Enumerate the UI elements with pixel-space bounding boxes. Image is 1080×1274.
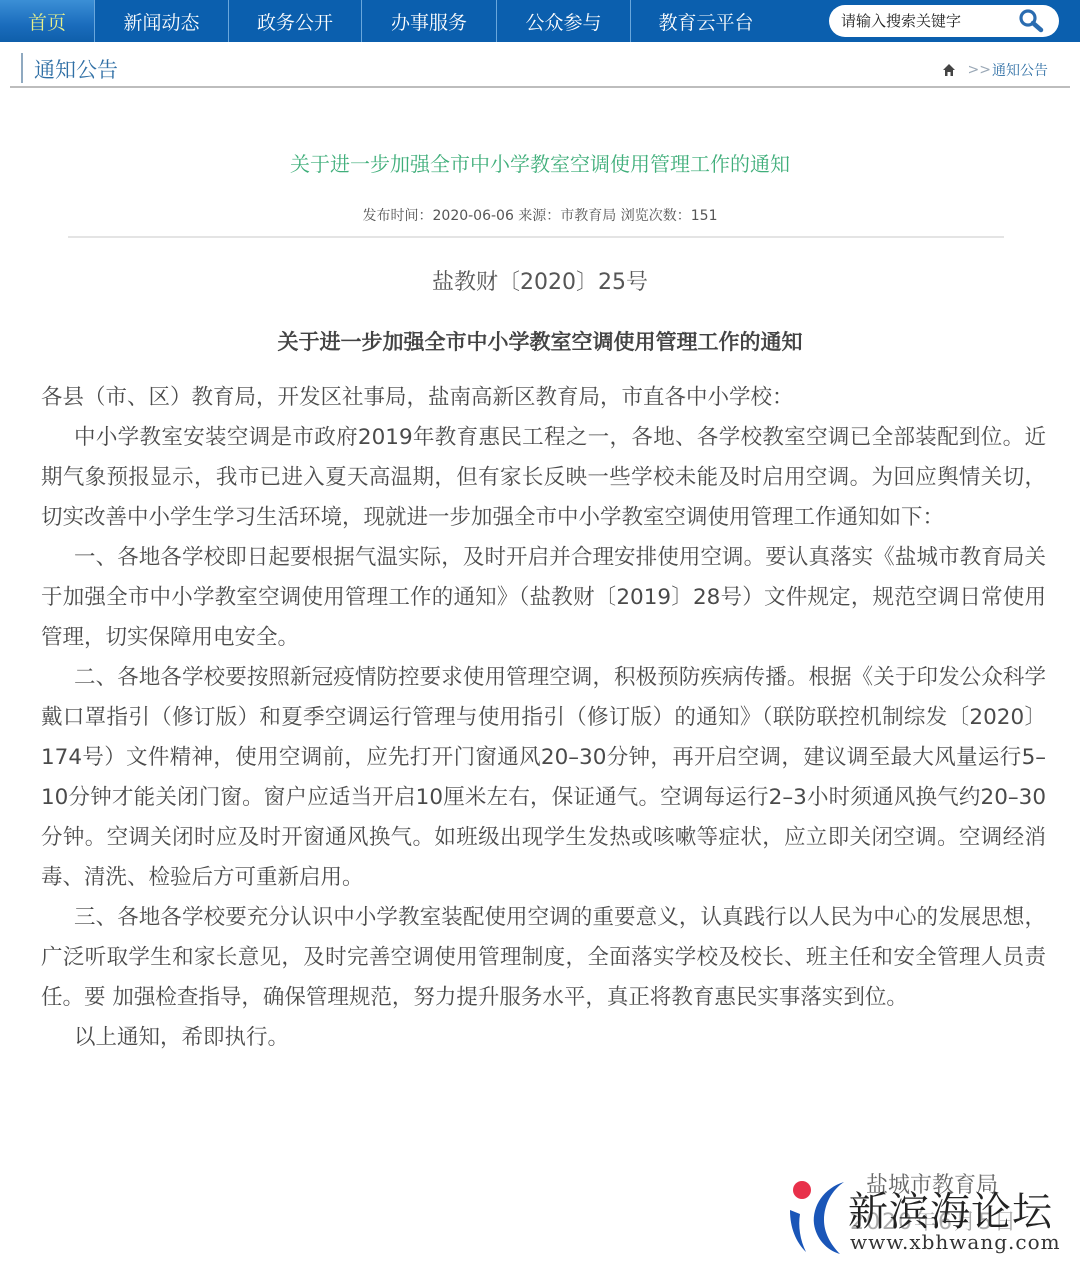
nav-item-government-affairs[interactable]: 政务公开	[229, 0, 362, 42]
nav-item-label: 教育云平台	[658, 8, 753, 35]
search-box	[829, 5, 1059, 37]
article-body: 各县（市、区）教育局，开发区社事局，盐南高新区教育局，市直各中小学校： 中小学教…	[41, 378, 1046, 1058]
home-icon[interactable]	[942, 63, 956, 77]
nav-item-label: 公众参与	[525, 8, 601, 35]
nav-item-label: 办事服务	[391, 8, 467, 35]
paragraph: 二、各地各学校要按照新冠疫情防控要求使用管理空调，积极预防疾病传播。根据《关于印…	[41, 658, 1046, 898]
forum-logo-icon	[786, 1176, 846, 1256]
breadcrumb: >> 通知公告	[942, 60, 1048, 80]
search-icon	[1017, 8, 1047, 34]
document-title: 关于进一步加强全市中小学教室空调使用管理工作的通知	[0, 326, 1080, 356]
document-number: 盐教财〔2020〕25号	[0, 265, 1080, 296]
article-title: 关于进一步加强全市中小学教室空调使用管理工作的通知	[0, 148, 1080, 177]
section-accent-bar	[21, 53, 23, 83]
search-button[interactable]	[1017, 8, 1047, 34]
breadcrumb-current[interactable]: 通知公告	[992, 60, 1048, 80]
watermark-url: www.xbhwang.com	[850, 1230, 1061, 1254]
nav-item-label: 新闻动态	[123, 8, 199, 35]
section-title: 通知公告	[34, 54, 118, 84]
nav-item-label: 首页	[28, 8, 66, 35]
watermark: 新滨海论坛 www.xbhwang.com	[780, 1170, 1080, 1274]
salutation: 各县（市、区）教育局，开发区社事局，盐南高新区教育局，市直各中小学校：	[41, 378, 1046, 418]
article-meta: 发布时间：2020-06-06 来源：市教育局 浏览次数：151	[0, 205, 1080, 225]
divider	[68, 236, 1004, 238]
paragraph: 一、各地各学校即日起要根据气温实际，及时开启并合理安排使用空调。要认真落实《盐城…	[41, 538, 1046, 658]
watermark-name: 新滨海论坛	[848, 1180, 1053, 1237]
breadcrumb-separator: >>	[968, 62, 991, 78]
nav-item-public-participation[interactable]: 公众参与	[497, 0, 631, 42]
search-input[interactable]	[841, 12, 1016, 30]
paragraph: 中小学教室安装空调是市政府2019年教育惠民工程之一，各地、各学校教室空调已全部…	[41, 418, 1046, 538]
section-header: 通知公告 >> 通知公告	[10, 42, 1070, 88]
nav-item-services[interactable]: 办事服务	[362, 0, 497, 42]
nav-item-education-cloud[interactable]: 教育云平台	[631, 0, 781, 42]
paragraph: 三、各地各学校要充分认识中小学教室装配使用空调的重要意义，认真践行以人民为中心的…	[41, 898, 1046, 1018]
nav-item-label: 政务公开	[257, 8, 333, 35]
nav-item-news[interactable]: 新闻动态	[95, 0, 229, 42]
closing-line: 以上通知，希即执行。	[41, 1018, 1046, 1058]
nav-item-home[interactable]: 首页	[0, 0, 95, 42]
